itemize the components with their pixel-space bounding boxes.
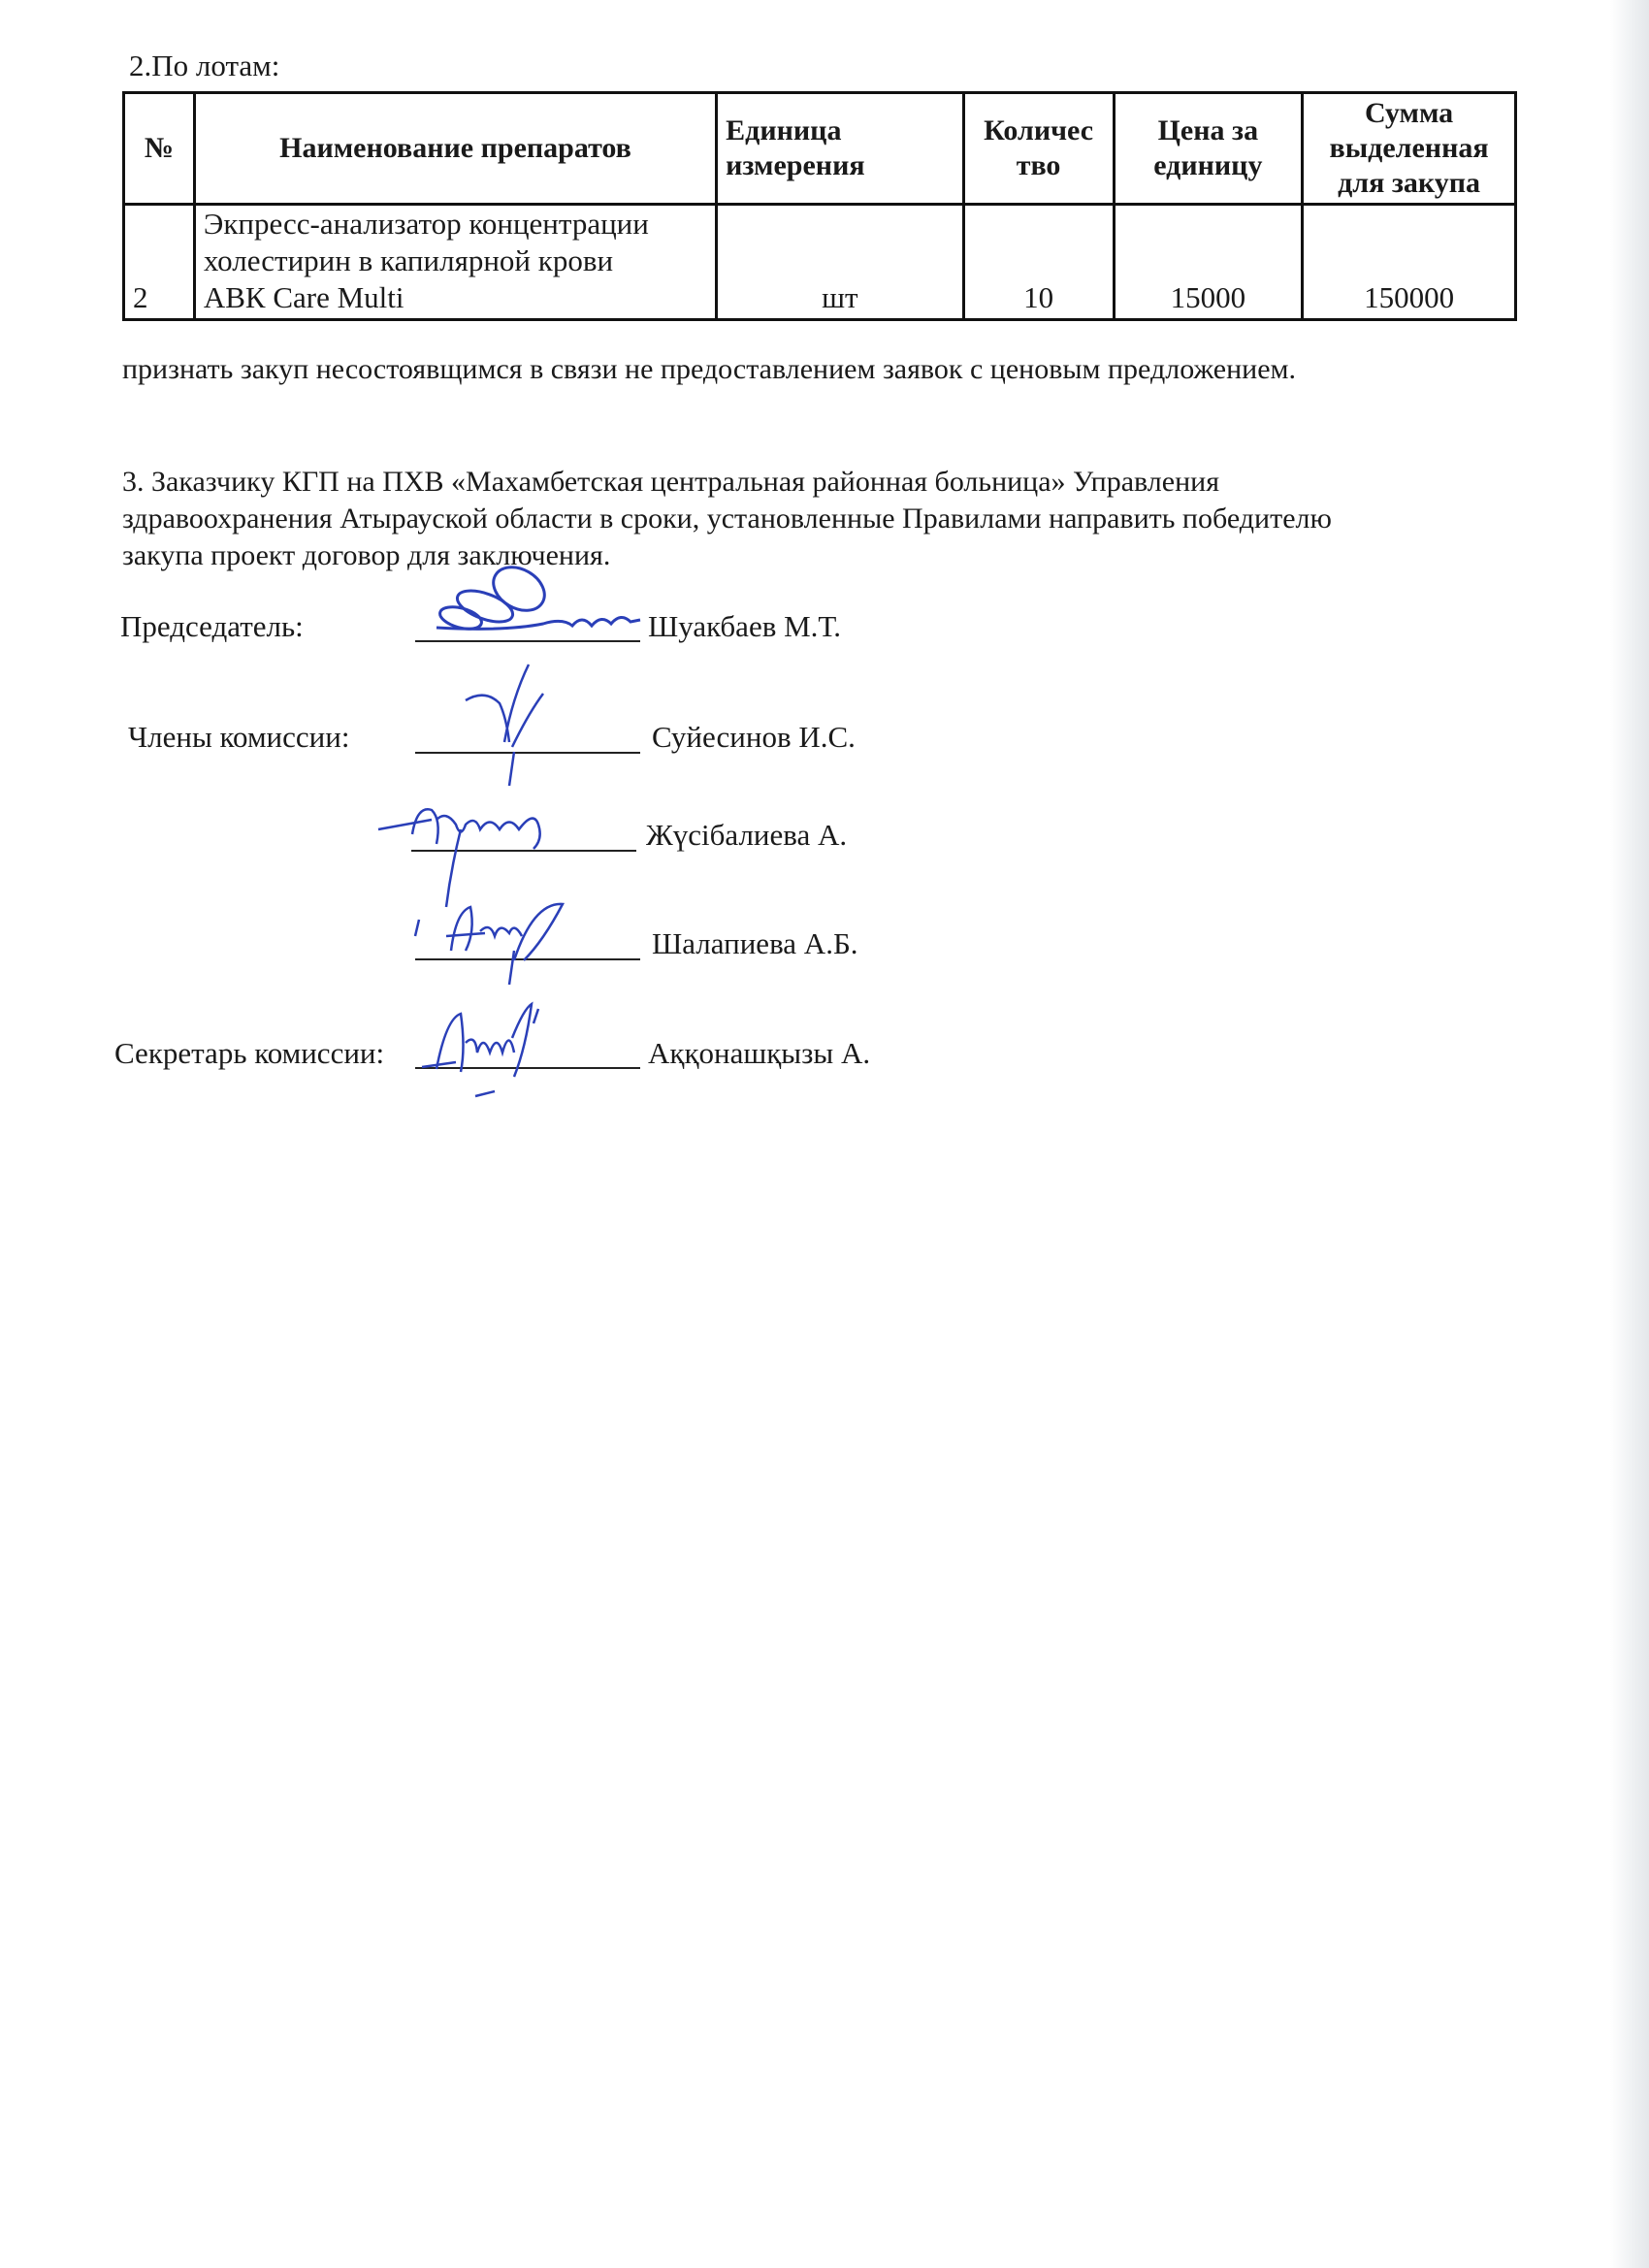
cell-price: 15000 xyxy=(1114,205,1303,320)
cell-number: 2 xyxy=(124,205,195,320)
col-header-price: Цена за единицу xyxy=(1114,93,1303,205)
paragraph-3-line: здравоохранения Атырауской области в сро… xyxy=(122,501,1500,537)
signature-chairman xyxy=(427,567,660,645)
col-header-qty-line: тво xyxy=(973,148,1105,183)
cell-qty: 10 xyxy=(963,205,1114,320)
cell-name-line: холестирин в капилярной крови xyxy=(204,243,707,279)
cell-name: Экпресс-анализатор концентрации холестир… xyxy=(194,205,716,320)
table-header-row: № Наименование препаратов Единица измере… xyxy=(124,93,1516,205)
col-header-unit: Единица измерения xyxy=(717,93,964,205)
col-header-qty: Количес тво xyxy=(963,93,1114,205)
section-heading: 2.По лотам: xyxy=(129,49,279,83)
col-header-sum-line: Сумма xyxy=(1311,96,1506,131)
col-header-unit-line: Единица xyxy=(726,113,954,148)
paragraph-3: 3. Заказчику КГП на ПХВ «Махамбетская це… xyxy=(122,464,1500,574)
signature-label-secretary: Секретарь комиссии: xyxy=(114,1036,384,1071)
col-header-number: № xyxy=(124,93,195,205)
lots-table: № Наименование препаратов Единица измере… xyxy=(122,91,1517,321)
signature-secretary xyxy=(417,999,611,1106)
signatory-member-3: Шалапиева А.Б. xyxy=(652,926,858,961)
cell-sum: 150000 xyxy=(1303,205,1516,320)
signatory-chairman: Шуакбаев М.Т. xyxy=(648,609,841,644)
col-header-sum: Сумма выделенная для закупа xyxy=(1303,93,1516,205)
paragraph-3-line: закупа проект договор для заключения. xyxy=(122,537,1500,574)
scan-edge-shadow xyxy=(1610,0,1649,2268)
decision-text: признать закуп несостоявщимся в связи не… xyxy=(122,351,1500,388)
signature-label-members: Члены комиссии: xyxy=(128,720,349,755)
col-header-qty-line: Количес xyxy=(973,113,1105,148)
col-header-unit-line: измерения xyxy=(726,148,954,183)
col-header-name: Наименование препаратов xyxy=(194,93,716,205)
col-header-price-line: Цена за xyxy=(1123,113,1294,148)
cell-unit: шт xyxy=(717,205,964,320)
col-header-price-line: единицу xyxy=(1123,148,1294,183)
table-row: 2 Экпресс-анализатор концентрации холест… xyxy=(124,205,1516,320)
paragraph-3-line: 3. Заказчику КГП на ПХВ «Махамбетская це… xyxy=(122,464,1500,501)
signatory-secretary: Аққонашқызы А. xyxy=(648,1036,870,1071)
signature-member-3 xyxy=(407,892,601,989)
signatory-member-2: Жүсібалиева А. xyxy=(646,818,847,853)
cell-name-line: АВК Care Multi xyxy=(204,279,707,316)
col-header-sum-line: для закупа xyxy=(1311,166,1506,201)
signature-member-1 xyxy=(456,660,572,795)
signature-label-chairman: Председатель: xyxy=(120,609,304,644)
col-header-sum-line: выделенная xyxy=(1311,131,1506,166)
signatory-member-1: Суйесинов И.С. xyxy=(652,720,856,755)
cell-name-line: Экпресс-анализатор концентрации xyxy=(204,206,707,243)
